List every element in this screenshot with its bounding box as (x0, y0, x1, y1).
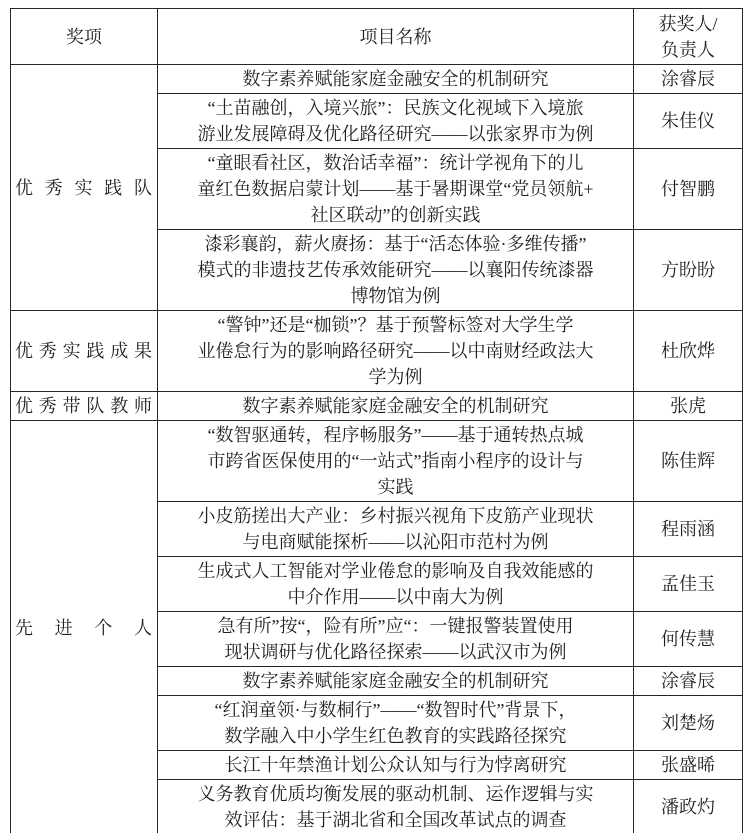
winner-cell: 方盼盼 (634, 230, 743, 311)
table-row: 优秀实践成果“警钟”还是“枷锁”？基于预警标签对大学生学 业倦怠行为的影响路径研… (11, 311, 743, 392)
header-row: 奖项 项目名称 获奖人/ 负责人 (11, 9, 743, 65)
award-cell: 优秀实践队 (11, 65, 158, 311)
project-cell: 数字素养赋能家庭金融安全的机制研究 (158, 65, 634, 94)
table-row: 优秀带队教师数字素养赋能家庭金融安全的机制研究张虎 (11, 392, 743, 421)
project-cell: “警钟”还是“枷锁”？基于预警标签对大学生学 业倦怠行为的影响路径研究——以中南… (158, 311, 634, 392)
winner-cell: 程雨涵 (634, 502, 743, 557)
winner-cell: 孟佳玉 (634, 557, 743, 612)
document-page: 奖项 项目名称 获奖人/ 负责人 优秀实践队数字素养赋能家庭金融安全的机制研究涂… (0, 0, 750, 833)
project-cell: 数字素养赋能家庭金融安全的机制研究 (158, 392, 634, 421)
winner-cell: 朱佳仪 (634, 94, 743, 149)
winner-cell: 张虎 (634, 392, 743, 421)
project-cell: 数字素养赋能家庭金融安全的机制研究 (158, 667, 634, 696)
project-cell: 急有所”按“，险有所”应“：一键报警装置使用 现状调研与优化路径探索——以武汉市… (158, 612, 634, 667)
table-row: 先进个人“数智驱通转，程序畅服务”——基于通转热点城 市跨省医保使用的“一站式”… (11, 421, 743, 502)
winner-cell: 杜欣烨 (634, 311, 743, 392)
table-row: 优秀实践队数字素养赋能家庭金融安全的机制研究涂睿辰 (11, 65, 743, 94)
project-cell: 长江十年禁渔计划公众认知与行为悖离研究 (158, 751, 634, 780)
project-cell: 漆彩襄韵，薪火赓扬：基于“活态体验·多维传播” 模式的非遗技艺传承效能研究——以… (158, 230, 634, 311)
awards-table: 奖项 项目名称 获奖人/ 负责人 优秀实践队数字素养赋能家庭金融安全的机制研究涂… (10, 8, 743, 833)
winner-cell: 潘政灼 (634, 780, 743, 833)
project-cell: “童眼看社区，数治话幸福”：统计学视角下的儿 童红色数据启蒙计划——基于暑期课堂… (158, 149, 634, 230)
project-cell: 小皮筋搓出大产业：乡村振兴视角下皮筋产业现状 与电商赋能探析——以沁阳市范村为例 (158, 502, 634, 557)
column-header-project: 项目名称 (158, 9, 634, 65)
award-cell: 优秀带队教师 (11, 392, 158, 421)
winner-cell: 陈佳辉 (634, 421, 743, 502)
column-header-award: 奖项 (11, 9, 158, 65)
award-cell: 优秀实践成果 (11, 311, 158, 392)
project-cell: “红润童领·与数桐行”——“数智时代”背景下， 数学融入中小学生红色教育的实践路… (158, 696, 634, 751)
winner-cell: 涂睿辰 (634, 667, 743, 696)
winner-cell: 付智鹏 (634, 149, 743, 230)
winner-cell: 张盛晞 (634, 751, 743, 780)
winner-cell: 刘楚炀 (634, 696, 743, 751)
project-cell: 义务教育优质均衡发展的驱动机制、运作逻辑与实 效评估：基于湖北省和全国改革试点的… (158, 780, 634, 833)
winner-cell: 涂睿辰 (634, 65, 743, 94)
project-cell: “数智驱通转，程序畅服务”——基于通转热点城 市跨省医保使用的“一站式”指南小程… (158, 421, 634, 502)
award-cell: 先进个人 (11, 421, 158, 833)
project-cell: “土苗融创，入境兴旅”：民族文化视域下入境旅 游业发展障碍及优化路径研究——以张… (158, 94, 634, 149)
winner-cell: 何传慧 (634, 612, 743, 667)
column-header-winner: 获奖人/ 负责人 (634, 9, 743, 65)
project-cell: 生成式人工智能对学业倦怠的影响及自我效能感的 中介作用——以中南大为例 (158, 557, 634, 612)
table-body: 优秀实践队数字素养赋能家庭金融安全的机制研究涂睿辰“土苗融创，入境兴旅”：民族文… (11, 65, 743, 833)
